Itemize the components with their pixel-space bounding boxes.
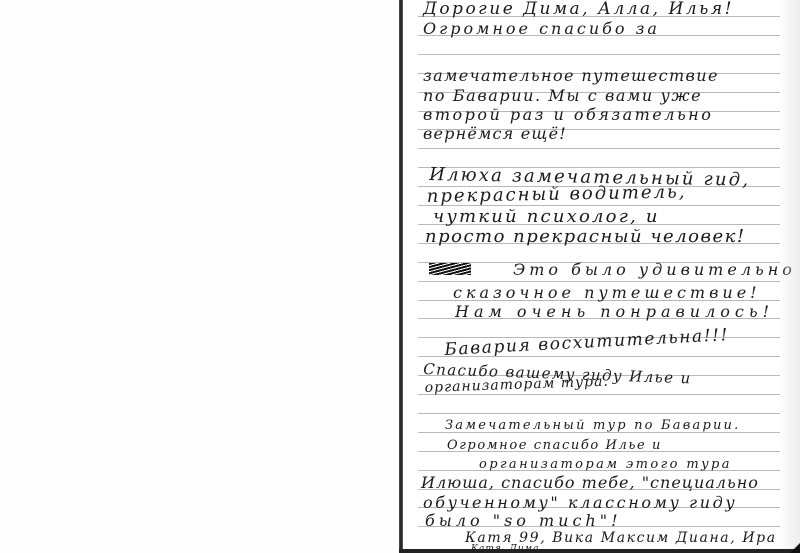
entry-2-line-3: чуткий психолог, и [433,206,660,227]
entry-3-line-3: Нам очень понравилось! [455,302,774,321]
left-page-blank [0,0,399,553]
entry-1-line-5: второй раз и обязательно [423,105,713,124]
entry-6-line-1: Илюша, спасибо тебе, "специально [421,473,759,492]
entry-1-line-3: замечательное путешествие [423,66,719,85]
right-page: Дорогие Дима, Алла, Илья! Огромное спаси… [403,0,800,553]
entry-1-line-6: вернёмся ещё! [423,124,567,143]
entry-1-line-1: Дорогие Дима, Алла, Илья! [423,0,734,19]
entry-4-line-1: Бавария восхитительна!!! [444,325,730,360]
entry-5-line-2: Огромное спасибо Илье и [447,438,662,453]
ruled-line [418,281,780,282]
entry-5-line-3: организаторам этого тура [479,457,732,472]
entry-6-line-3: было "so much"! [425,511,622,530]
page-bottom-border [399,549,800,553]
entry-5-line-1: Замечательный тур по Баварии. [445,418,740,433]
page-edge-shade [778,0,800,553]
ruled-line [418,148,780,149]
entry-2-line-4: просто прекрасный человек! [425,226,746,247]
entry-6-line-2: обученному" классному гиду [423,493,737,512]
entry-1-line-2: Огромное спасибо за [423,19,660,38]
entry-1-line-4: по Баварии. Мы с вами уже [423,86,702,105]
entry-3-line-1: Это было удивительно [513,260,796,279]
ruled-line [418,54,780,55]
crossed-out-word [429,263,471,275]
page-corner [790,543,800,553]
entry-3-line-2: сказочное путешествие! [453,283,761,302]
ruled-line [418,413,780,414]
entry-2-line-2: прекрасный водитель, [427,181,687,207]
